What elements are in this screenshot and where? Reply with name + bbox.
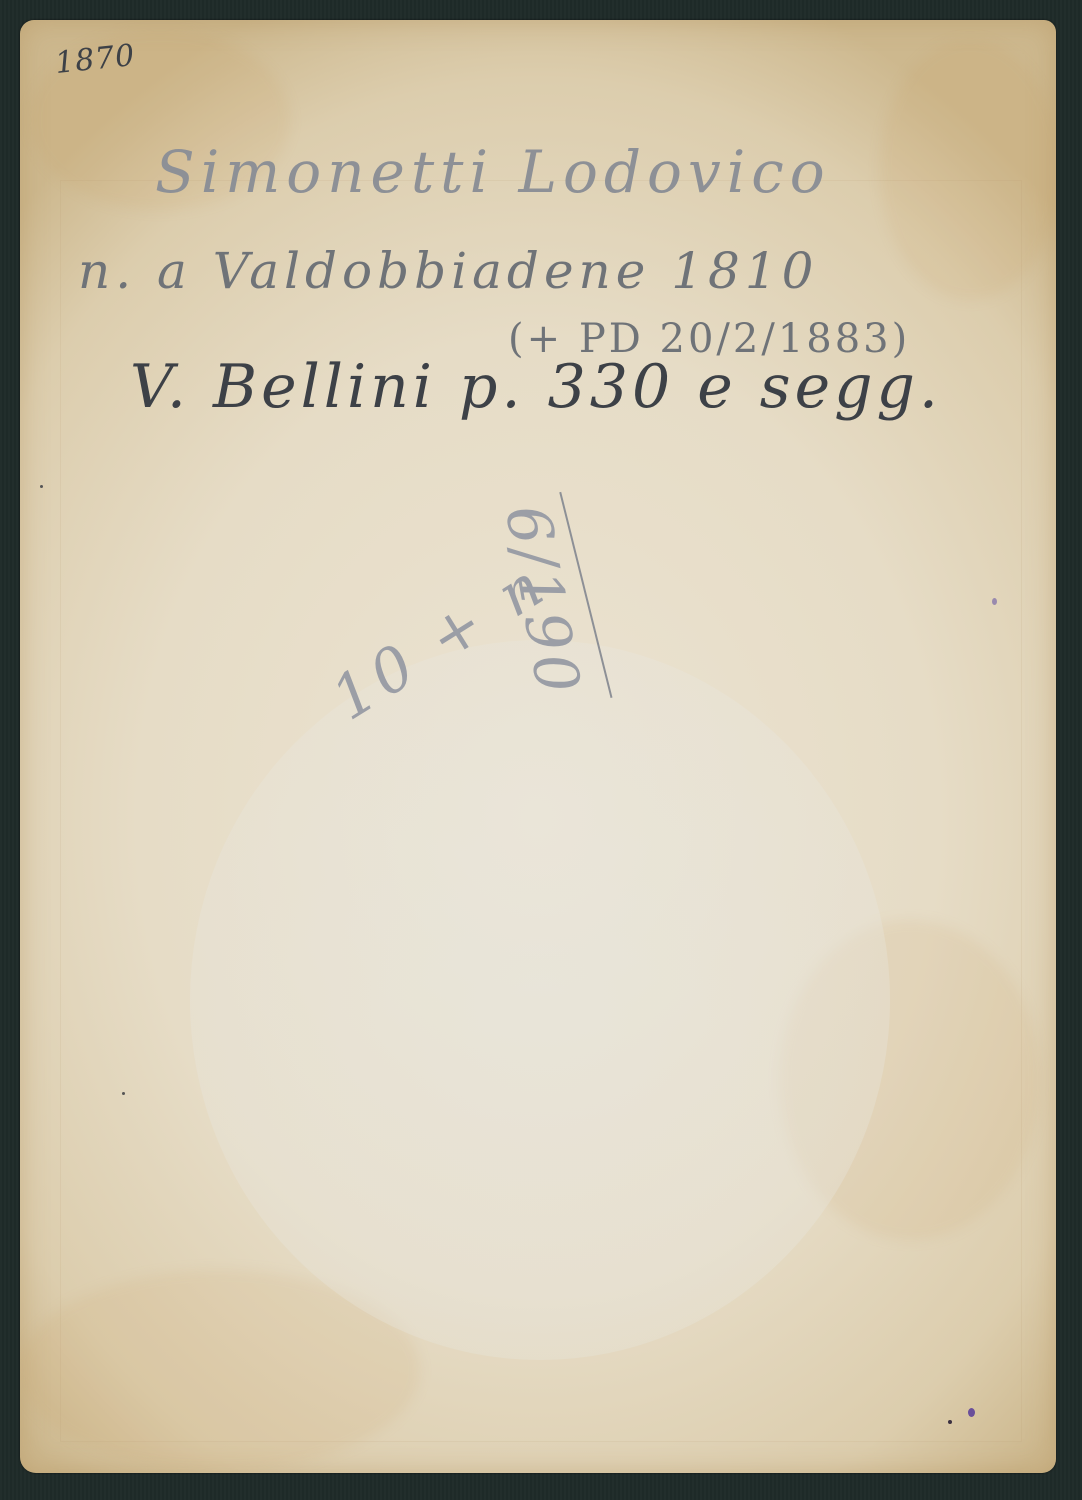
photo-card-back: 1870 Simonetti Lodovico n. a Valdobbiade…	[20, 20, 1056, 1473]
ink-dot	[122, 1092, 125, 1095]
ink-dot	[40, 485, 43, 488]
ink-dot	[948, 1420, 952, 1424]
birth-note: n. a Valdobbiadene 1810	[78, 242, 818, 300]
oval-portrait-ghost	[190, 640, 890, 1360]
bibliographic-reference: V. Bellini p. 330 e segg.	[130, 352, 942, 422]
sitter-name: Simonetti Lodovico	[155, 138, 831, 206]
violet-ink-mark	[992, 598, 997, 605]
violet-ink-mark	[968, 1408, 975, 1417]
